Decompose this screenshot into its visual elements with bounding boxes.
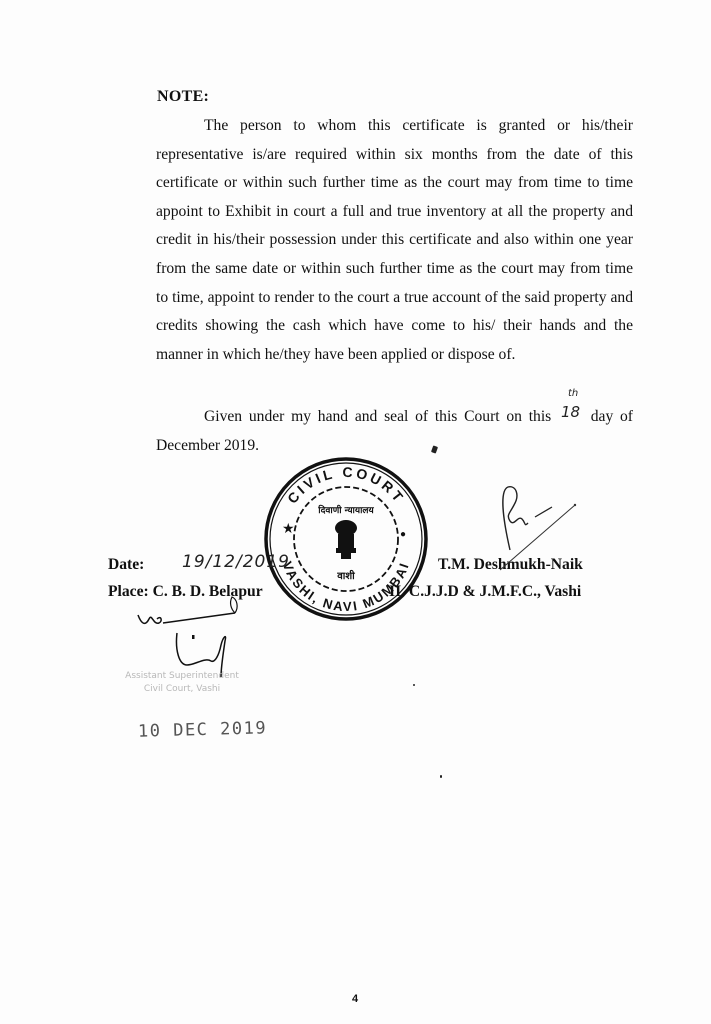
handwritten-day: 18 [561, 403, 579, 421]
handwritten-day-suffix: th [568, 388, 578, 399]
state-emblem-icon [335, 520, 357, 559]
registry-stamp-designation: Assistant Superintendent Civil Court, Va… [92, 670, 272, 696]
note-paragraph: The person to whom this certificate is g… [156, 112, 633, 369]
seal-star-icon: ★ [282, 522, 295, 537]
note-heading: NOTE: [157, 88, 209, 106]
ink-speck [413, 684, 415, 686]
registry-stamp-line2: Civil Court, Vashi [92, 683, 272, 696]
registry-stamp-line1: Assistant Superintendent [92, 670, 272, 683]
judge-signature [480, 475, 600, 575]
page-number: 4 [352, 993, 358, 1005]
date-label: Date: [108, 556, 144, 574]
handwritten-date: 19/12/2019 [182, 552, 290, 572]
document-page: NOTE: The person to whom this certificat… [0, 0, 711, 1024]
given-under-text: Given under my hand and seal of this Cou… [204, 408, 551, 425]
registry-stamp-date: 10 DEC 2019 [138, 718, 268, 741]
ink-speck [440, 775, 442, 778]
seal-dot-icon: ● [400, 529, 406, 540]
seal-inner-top-text: दिवाणी न्यायालय [317, 504, 374, 516]
seal-inner-bottom-text: वाशी [336, 569, 355, 582]
judge-designation: II. C.J.J.D & J.M.F.C., Vashi [389, 583, 581, 601]
